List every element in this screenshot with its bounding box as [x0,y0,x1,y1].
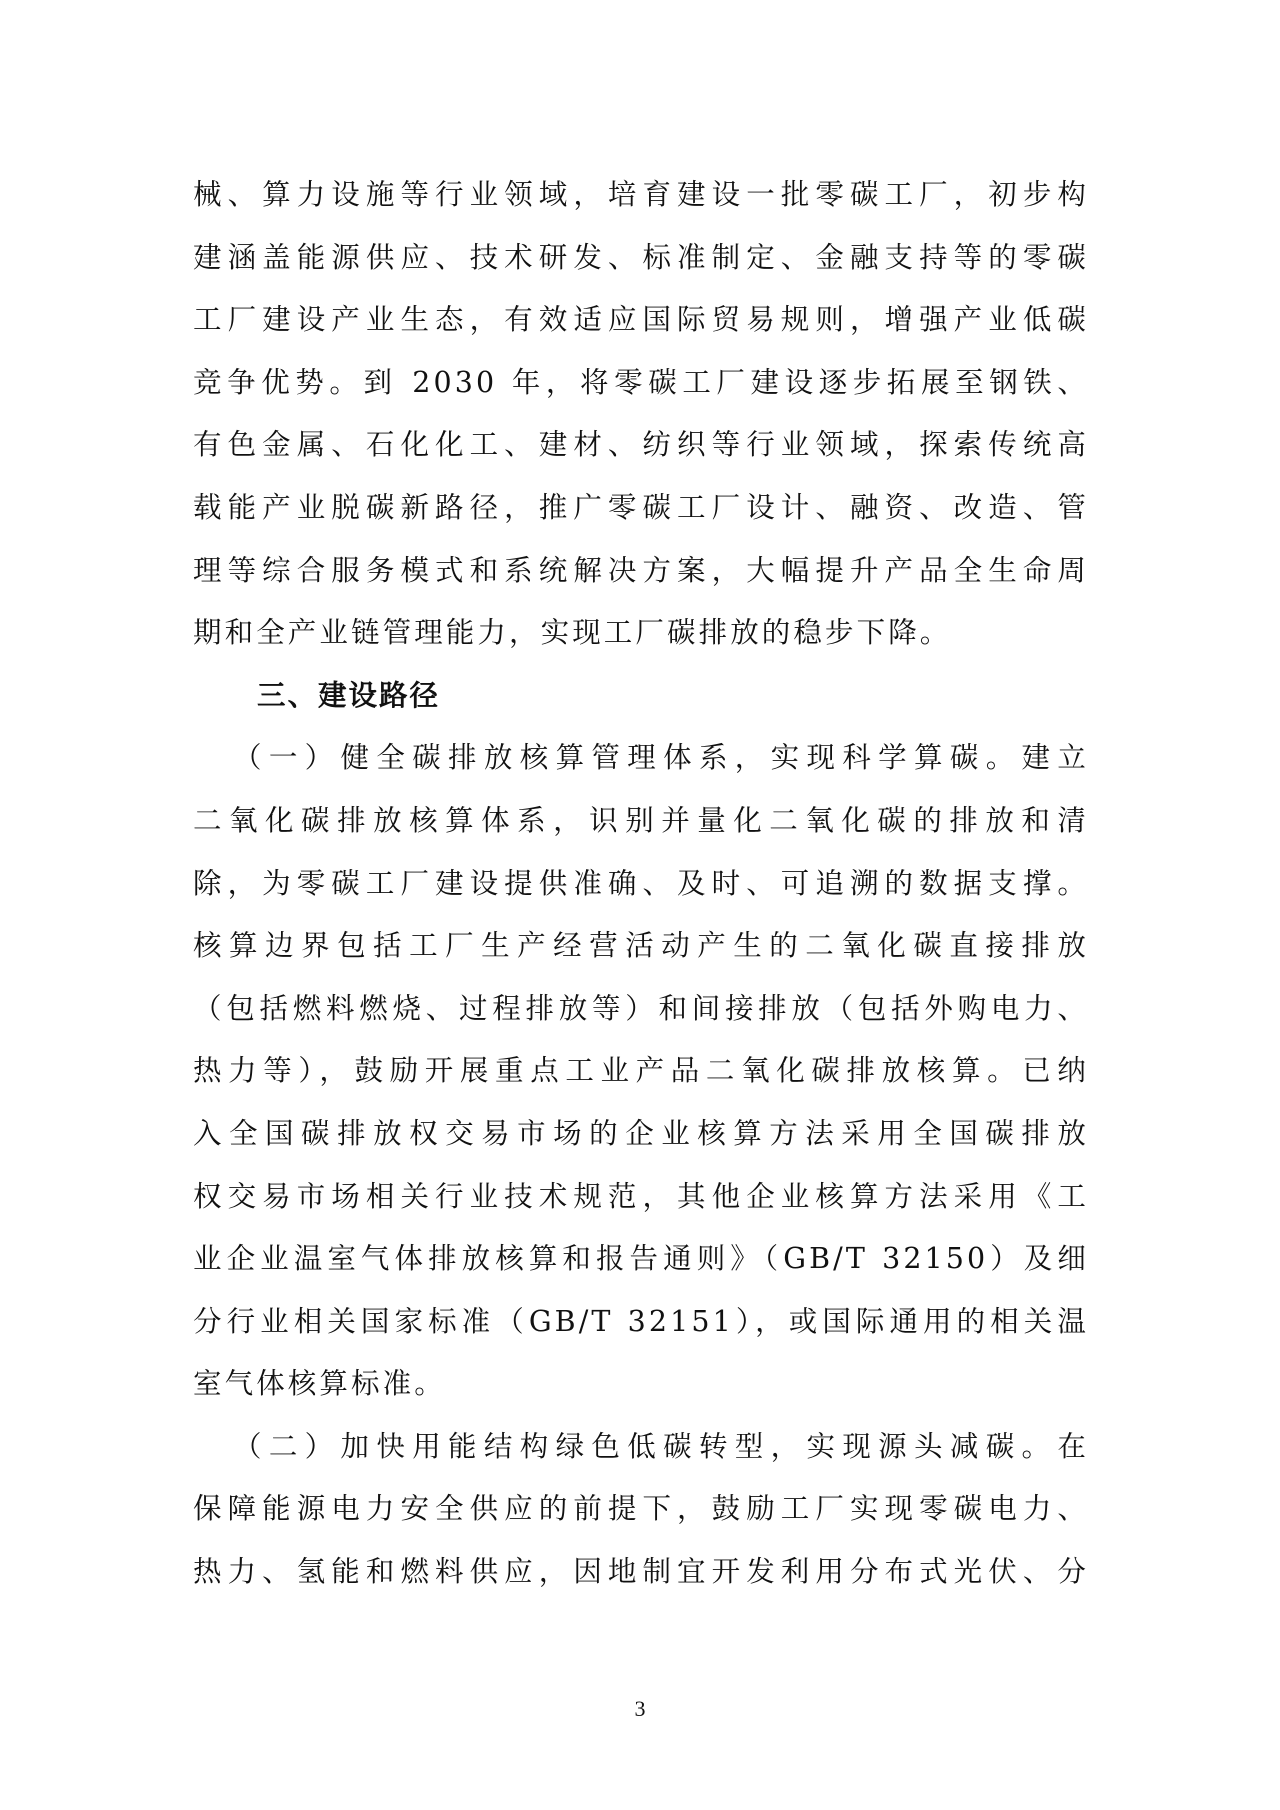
text-line: 核算边界包括工厂生产经营活动产生的二氧化碳直接排放 [193,915,1089,978]
paragraph-carbon-accounting: （一）健全碳排放核算管理体系，实现科学算碳。建立 二氧化碳排放核算体系，识别并量… [193,727,1089,1416]
text-line: 工厂建设产业生态，有效适应国际贸易规则，增强产业低碳 [193,289,1089,352]
text-line: 除，为零碳工厂建设提供准确、及时、可追溯的数据支撑。 [193,853,1089,916]
text-line: 二氧化碳排放核算体系，识别并量化二氧化碳的排放和清 [193,790,1089,853]
text-line: 保障能源电力安全供应的前提下，鼓励工厂实现零碳电力、 [193,1478,1089,1541]
document-body: 械、算力设施等行业领域，培育建设一批零碳工厂，初步构 建涵盖能源供应、技术研发、… [193,164,1089,1604]
text-line: 权交易市场相关行业技术规范，其他企业核算方法采用《工 [193,1166,1089,1229]
text-line: 竞争优势。到 2030 年，将零碳工厂建设逐步拓展至钢铁、 [193,352,1089,415]
paragraph-energy-transition: （二）加快用能结构绿色低碳转型，实现源头减碳。在 保障能源电力安全供应的前提下，… [193,1416,1089,1604]
section-heading: 三、建设路径 [193,665,1089,728]
text-line: 业企业温室气体排放核算和报告通则》（GB/T 32150）及细 [193,1228,1089,1291]
text-line: 建涵盖能源供应、技术研发、标准制定、金融支持等的零碳 [193,227,1089,290]
paragraph-goals-continued: 械、算力设施等行业领域，培育建设一批零碳工厂，初步构 建涵盖能源供应、技术研发、… [193,164,1089,665]
text-line: （包括燃料燃烧、过程排放等）和间接排放（包括外购电力、 [193,978,1089,1041]
page-number: 3 [0,1696,1280,1722]
text-line: 入全国碳排放权交易市场的企业核算方法采用全国碳排放 [193,1103,1089,1166]
text-line: 期和全产业链管理能力，实现工厂碳排放的稳步下降。 [193,602,1089,665]
text-line: 分行业相关国家标准（GB/T 32151），或国际通用的相关温 [193,1291,1089,1354]
text-line: 有色金属、石化化工、建材、纺织等行业领域，探索传统高 [193,414,1089,477]
text-line: 械、算力设施等行业领域，培育建设一批零碳工厂，初步构 [193,164,1089,227]
text-line: （二）加快用能结构绿色低碳转型，实现源头减碳。在 [193,1416,1089,1479]
text-line: 载能产业脱碳新路径，推广零碳工厂设计、融资、改造、管 [193,477,1089,540]
document-page: 械、算力设施等行业领域，培育建设一批零碳工厂，初步构 建涵盖能源供应、技术研发、… [0,0,1280,1810]
text-line: 理等综合服务模式和系统解决方案，大幅提升产品全生命周 [193,540,1089,603]
text-line: 热力、氢能和燃料供应，因地制宜开发利用分布式光伏、分 [193,1541,1089,1604]
text-line: （一）健全碳排放核算管理体系，实现科学算碳。建立 [193,727,1089,790]
text-line: 热力等），鼓励开展重点工业产品二氧化碳排放核算。已纳 [193,1040,1089,1103]
text-line: 室气体核算标准。 [193,1353,1089,1416]
